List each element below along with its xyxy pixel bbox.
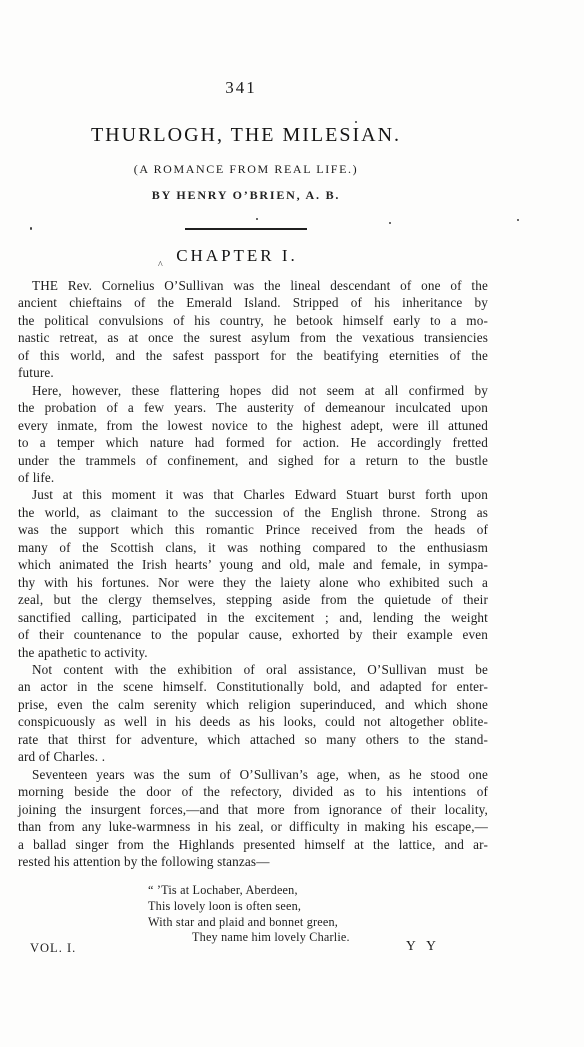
body-line: every inmate, from the lowest novice to … (18, 417, 488, 434)
body-line: the apathetic to activity. (18, 644, 488, 661)
body-line: the world, as claimant to the succession… (18, 504, 488, 521)
divider-rule (185, 228, 307, 230)
body-line: Just at this moment it was that Charles … (18, 486, 488, 503)
body-line: rate that thirst for adventure, which at… (18, 731, 488, 748)
body-line: an actor in the scene himself. Constitut… (18, 678, 488, 695)
body-line: ancient chieftains of the Emerald Island… (18, 294, 488, 311)
body-line: sanctified calling, participated in the … (18, 609, 488, 626)
body-line: ard of Charles. . (18, 748, 488, 765)
body-line: of life. (18, 469, 488, 486)
scan-speck (355, 121, 357, 123)
stanza-line: “ ’Tis at Lochaber, Aberdeen, (148, 883, 350, 899)
body-line: was the support which this romantic Prin… (18, 521, 488, 538)
body-line: Here, however, these flattering hopes di… (18, 382, 488, 399)
body-line: thy with his fortunes. Nor were they the… (18, 574, 488, 591)
stanza-line: They name him lovely Charlie. (192, 930, 350, 946)
body-line: the probation of a few years. The auster… (18, 399, 488, 416)
scan-speck (389, 222, 391, 224)
scan-speck (517, 219, 519, 221)
body-line: many of the Scottish clans, it was nothi… (18, 539, 488, 556)
body-line: of their countenance to the popular caus… (18, 626, 488, 643)
scan-speck (256, 218, 258, 220)
scan-speck (30, 227, 32, 230)
subtitle: (A ROMANCE FROM REAL LIFE.) (0, 162, 492, 177)
body-line: which animated the Irish hearts’ young a… (18, 556, 488, 573)
body-line: zeal, but the clergy themselves, steppin… (18, 591, 488, 608)
body-line: conspicuously as well in his deeds as hi… (18, 713, 488, 730)
body-text: THE Rev. Cornelius O’Sullivan was the li… (18, 277, 488, 870)
volume-label: VOL. I. (30, 941, 76, 956)
book-page: 341 THURLOGH, THE MILESIAN. (A ROMANCE F… (0, 0, 584, 1047)
stanza-line: With star and plaid and bonnet green, (148, 915, 350, 931)
body-line: of this world, and the safest passport f… (18, 347, 488, 364)
body-line: joining the insurgent forces,—and that m… (18, 801, 488, 818)
body-line: future. (18, 364, 488, 381)
body-line: nastic retreat, as at once the surest as… (18, 329, 488, 346)
body-line: under the trammels of confinement, and s… (18, 452, 488, 469)
body-line: a ballad singer from the Highlands prese… (18, 836, 488, 853)
chapter-heading: CHAPTER I. (0, 246, 483, 266)
body-line: prise, even the calm serenity which reli… (18, 696, 488, 713)
ballad-stanza: “ ’Tis at Lochaber, Aberdeen, This lovel… (148, 883, 350, 946)
scan-caret-artifact: ^ (158, 260, 163, 271)
body-line: THE Rev. Cornelius O’Sullivan was the li… (18, 277, 488, 294)
body-line: than from any luke-warmness in his zeal,… (18, 818, 488, 835)
body-line: morning beside the door of the refectory… (18, 783, 488, 800)
stanza-line: This lovely loon is often seen, (148, 899, 350, 915)
body-line: to a temper which nature had formed for … (18, 434, 488, 451)
body-line: Not content with the exhibition of oral … (18, 661, 488, 678)
byline: BY HENRY O’BRIEN, A. B. (0, 188, 492, 203)
page-number: 341 (0, 78, 487, 98)
body-line: Seventeen years was the sum of O’Sulliva… (18, 766, 488, 783)
body-line: rested his attention by the following st… (18, 853, 488, 870)
body-line: the political convulsions of his country… (18, 312, 488, 329)
signature-mark: Y Y (406, 938, 440, 954)
page-title: THURLOGH, THE MILESIAN. (0, 124, 492, 147)
